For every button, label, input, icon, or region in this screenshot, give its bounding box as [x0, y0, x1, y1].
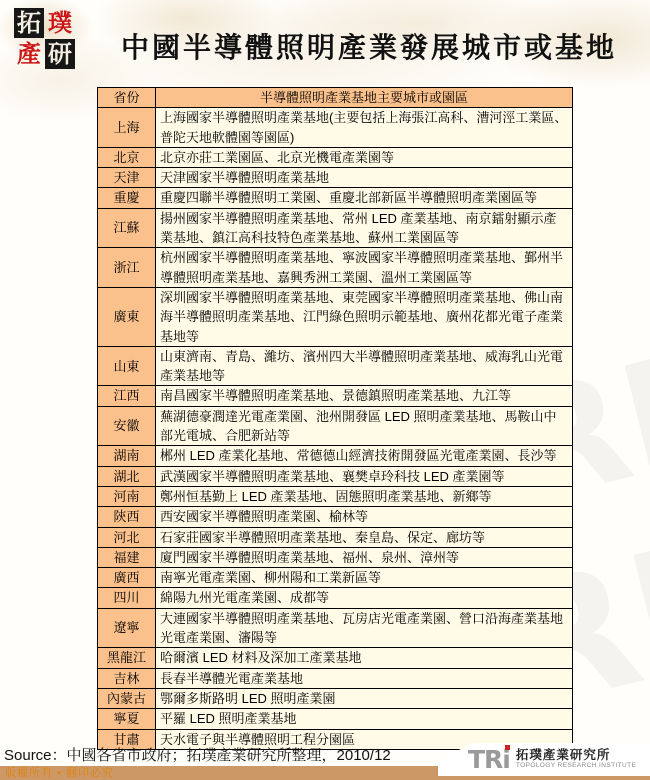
table-row: 安徽蕪湖德豪潤達光電產業園、池州開發區 LED 照明產業基地、馬鞍山中部光電城、… — [98, 406, 573, 446]
province-column-header: 省份 — [98, 88, 156, 108]
table-row: 北京北京亦莊工業園區、北京光機電產業園等 — [98, 147, 573, 167]
bases-cell: 北京亦莊工業園區、北京光機電產業園等 — [156, 147, 573, 167]
table-row: 寧夏平羅 LED 照明產業基地 — [98, 709, 573, 729]
seal-char-yan: 研 — [45, 39, 75, 69]
bases-cell: 鄭州恒基勤上 LED 產業基地、固態照明產業基地、新鄉等 — [156, 486, 573, 506]
table-body: 上海上海國家半導體照明產業基地(主要包括上海張江高科、漕河涇工業區、普陀天地軟體… — [98, 108, 573, 750]
province-cell: 山東 — [98, 346, 156, 386]
brand-names: 拓璞產業研究所 TOPOLOGY RESEARCH INSTITUTE — [516, 749, 636, 770]
bases-column-header: 半導體照明產業基地主要城市或園區 — [156, 88, 573, 108]
province-cell: 吉林 — [98, 668, 156, 688]
province-cell: 黑龍江 — [98, 648, 156, 668]
province-cell: 江西 — [98, 386, 156, 406]
tri-logotype: TRi — [468, 747, 510, 772]
province-cell: 陝西 — [98, 507, 156, 527]
province-cell: 北京 — [98, 147, 156, 167]
bases-cell: 西安國家半導體照明產業園、榆林等 — [156, 507, 573, 527]
table-row: 廣西南寧光電產業園、柳州陽和工業新區等 — [98, 568, 573, 588]
brand-name-zh: 拓璞產業研究所 — [516, 749, 636, 762]
table-row: 江蘇揚州國家半導體照明產業基地、常州 LED 產業基地、南京鐳射顯示產業基地、鎮… — [98, 208, 573, 248]
province-cell: 江蘇 — [98, 208, 156, 248]
table-row: 湖南郴州 LED 產業化基地、常德德山經濟技術開發區光電產業園、長沙等 — [98, 446, 573, 466]
bases-cell: 郴州 LED 產業化基地、常德德山經濟技術開發區光電產業園、長沙等 — [156, 446, 573, 466]
province-cell: 遼寧 — [98, 608, 156, 648]
province-cell: 廣東 — [98, 287, 156, 346]
industry-bases-table: 省份 半導體照明產業基地主要城市或園區 上海上海國家半導體照明產業基地(主要包括… — [97, 87, 573, 750]
province-cell: 四川 — [98, 588, 156, 608]
bases-cell: 長春半導體光電產業基地 — [156, 668, 573, 688]
bases-cell: 天津國家半導體照明產業基地 — [156, 168, 573, 188]
province-cell: 河北 — [98, 527, 156, 547]
bases-cell: 哈爾濱 LED 材料及深加工產業基地 — [156, 648, 573, 668]
province-cell: 寧夏 — [98, 709, 156, 729]
province-cell: 內蒙古 — [98, 688, 156, 708]
table-row: 上海上海國家半導體照明產業基地(主要包括上海張江高科、漕河涇工業區、普陀天地軟體… — [98, 108, 573, 148]
source-citation: Source：中國各省市政府；拓璞產業研究所整理，2010/12 — [4, 744, 391, 765]
province-cell: 福建 — [98, 547, 156, 567]
province-cell: 湖南 — [98, 446, 156, 466]
province-cell: 浙江 — [98, 248, 156, 288]
bases-cell: 南寧光電產業園、柳州陽和工業新區等 — [156, 568, 573, 588]
bases-cell: 綿陽九州光電產業園、成都等 — [156, 588, 573, 608]
table-row: 吉林長春半導體光電產業基地 — [98, 668, 573, 688]
table-row: 福建廈門國家半導體照明產業基地、福州、泉州、漳州等 — [98, 547, 573, 567]
table-row: 山東山東濟南、青島、濰坊、濱州四大半導體照明產業基地、威海乳山光電產業基地等 — [98, 346, 573, 386]
table-row: 重慶重慶四聯半導體照明工業園、重慶北部新區半導體照明產業園區等 — [98, 188, 573, 208]
bases-cell: 蕪湖德豪潤達光電產業園、池州開發區 LED 照明產業基地、馬鞍山中部光電城、合肥… — [156, 406, 573, 446]
table-row: 陝西西安國家半導體照明產業園、榆林等 — [98, 507, 573, 527]
seal-char-chan: 產 — [14, 39, 44, 69]
table-row: 四川綿陽九州光電產業園、成都等 — [98, 588, 573, 608]
page-title: 中國半導體照明產業發展城市或基地 — [104, 26, 634, 66]
table-row: 內蒙古鄂爾多斯路明 LED 照明產業園 — [98, 688, 573, 708]
tri-brand-plate: TRi 拓璞產業研究所 TOPOLOGY RESEARCH INSTITUTE — [438, 743, 650, 776]
tri-red-dot-icon — [505, 745, 510, 750]
table-row: 河北石家莊國家半導體照明產業基地、秦皇島、保定、廊坊等 — [98, 527, 573, 547]
table-row: 江西南昌國家半導體照明產業基地、景德鎮照明產業基地、九江等 — [98, 386, 573, 406]
bases-cell: 深圳國家半導體照明產業基地、東莞國家半導體照明產業基地、佛山南海半導體照明產業基… — [156, 287, 573, 346]
province-cell: 上海 — [98, 108, 156, 148]
table-row: 浙江杭州國家半導體照明產業基地、寧波國家半導體照明產業基地、鄞州半導體照明產業基… — [98, 248, 573, 288]
table-row: 河南鄭州恒基勤上 LED 產業基地、固態照明產業基地、新鄉等 — [98, 486, 573, 506]
bases-cell: 揚州國家半導體照明產業基地、常州 LED 產業基地、南京鐳射顯示產業基地、鎮江高… — [156, 208, 573, 248]
table-header-row: 省份 半導體照明產業基地主要城市或園區 — [98, 88, 573, 108]
table-row: 遼寧大連國家半導體照明產業基地、瓦房店光電產業園、營口沿海產業基地光電產業園、瀋… — [98, 608, 573, 648]
seal-char-tuo: 拓 — [14, 8, 44, 38]
tri-seal-logo: 拓 璞 產 研 — [14, 8, 76, 72]
bases-cell: 上海國家半導體照明產業基地(主要包括上海張江高科、漕河涇工業區、普陀天地軟體園等… — [156, 108, 573, 148]
table-row: 天津天津國家半導體照明產業基地 — [98, 168, 573, 188]
tri-acronym: TRi — [468, 745, 510, 774]
seal-char-pu: 璞 — [45, 8, 75, 38]
table-row: 湖北武漢國家半導體照明產業基地、襄樊卓玲科技 LED 產業園等 — [98, 466, 573, 486]
province-cell: 河南 — [98, 486, 156, 506]
bases-cell: 山東濟南、青島、濰坊、濱州四大半導體照明產業基地、威海乳山光電產業基地等 — [156, 346, 573, 386]
table-row: 黑龍江哈爾濱 LED 材料及深加工產業基地 — [98, 648, 573, 668]
bases-cell: 重慶四聯半導體照明工業園、重慶北部新區半導體照明產業園區等 — [156, 188, 573, 208]
table-row: 廣東深圳國家半導體照明產業基地、東莞國家半導體照明產業基地、佛山南海半導體照明產… — [98, 287, 573, 346]
bases-cell: 石家莊國家半導體照明產業基地、秦皇島、保定、廊坊等 — [156, 527, 573, 547]
bases-cell: 廈門國家半導體照明產業基地、福州、泉州、漳州等 — [156, 547, 573, 567]
bases-cell: 大連國家半導體照明產業基地、瓦房店光電產業園、營口沿海產業基地光電產業園、瀋陽等 — [156, 608, 573, 648]
bases-cell: 鄂爾多斯路明 LED 照明產業園 — [156, 688, 573, 708]
province-cell: 重慶 — [98, 188, 156, 208]
bases-cell: 南昌國家半導體照明產業基地、景德鎮照明產業基地、九江等 — [156, 386, 573, 406]
province-cell: 湖北 — [98, 466, 156, 486]
province-cell: 天津 — [98, 168, 156, 188]
brand-name-en: TOPOLOGY RESEARCH INSTITUTE — [516, 762, 636, 770]
province-cell: 安徽 — [98, 406, 156, 446]
province-cell: 廣西 — [98, 568, 156, 588]
bases-cell: 平羅 LED 照明產業基地 — [156, 709, 573, 729]
bases-cell: 武漢國家半導體照明產業基地、襄樊卓玲科技 LED 產業園等 — [156, 466, 573, 486]
bases-cell: 杭州國家半導體照明產業基地、寧波國家半導體照明產業基地、鄞州半導體照明產業基地、… — [156, 248, 573, 288]
slide-page: TRI TRI 拓 璞 產 研 中國半導體照明產業發展城市或基地 省份 半導體照… — [0, 0, 650, 780]
